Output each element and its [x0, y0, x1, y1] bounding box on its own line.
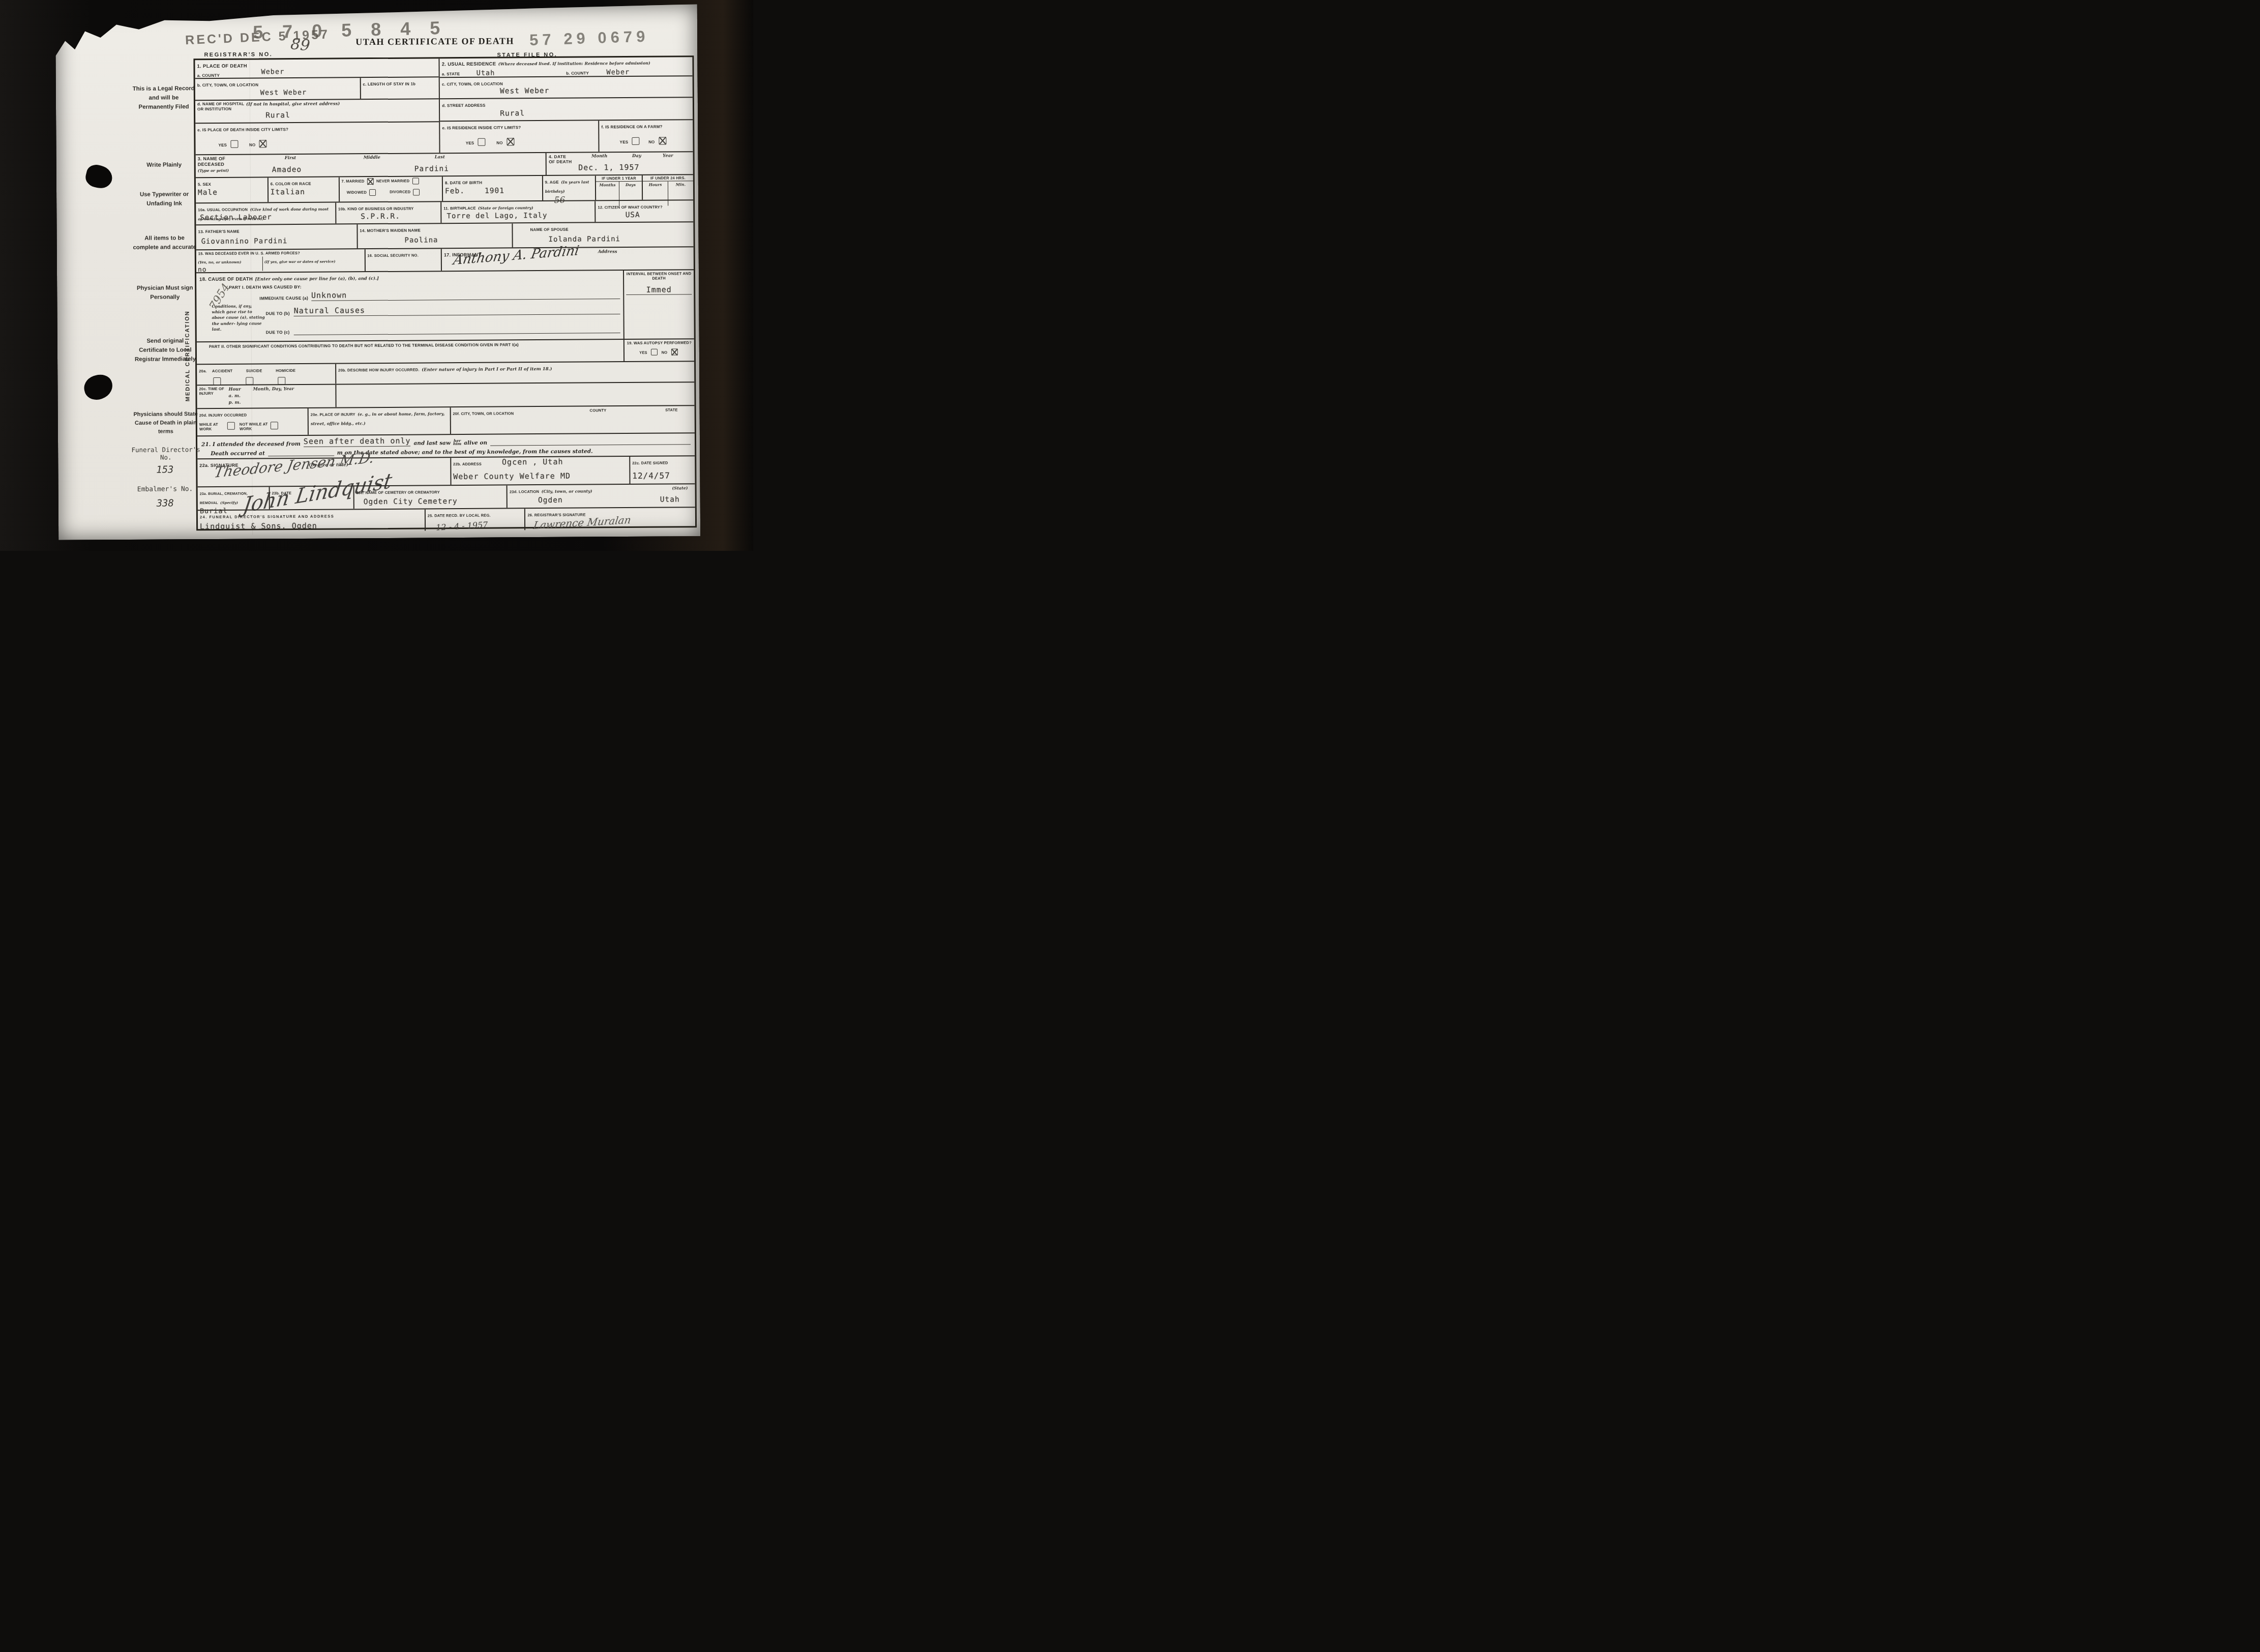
box2e-label: e. IS RESIDENCE INSIDE CITY LIMITS? [442, 125, 521, 130]
registrars-no-value: 89 [290, 35, 311, 55]
box10b-value: S.P.R.R. [361, 213, 400, 221]
box21-line1-mid: and last saw [413, 440, 450, 446]
box18-due-b-value: Natural Causes [294, 306, 366, 315]
box20d-while-label: WHILE AT WORK [199, 422, 226, 432]
box-26-registrar-signature: 26. REGISTRAR'S SIGNATURE Lawrence Mural… [525, 508, 695, 530]
box18-interval-value: Immed [626, 285, 692, 295]
box-8-date-of-birth: 8. DATE OF BIRTH Feb. 1901 [443, 176, 543, 201]
box20c-date-label: Month, Day, Year [253, 387, 294, 392]
box3-last-label: Last [435, 155, 445, 160]
box16-label: 16. SOCIAL SECURITY NO. [367, 253, 419, 258]
ink-blob-top [83, 163, 114, 191]
box20a-suicide-label: SUICIDE [246, 368, 262, 373]
box-spouse-name: NAME OF SPOUSE Iolanda Pardini [513, 222, 693, 247]
box24-label: 24. FUNERAL DIRECTOR'S SIGNATURE AND ADD… [200, 514, 334, 520]
box1a-value: Weber [261, 68, 285, 76]
box21-line2-pre: Death occurred at [211, 450, 265, 457]
box7-widowed-checkbox [369, 189, 376, 196]
row-name-date: 3. NAME OF DECEASED (Type or print) Firs… [196, 152, 693, 178]
row-parents-spouse: 13. FATHER'S NAME Giovannino Pardini 14.… [196, 222, 693, 250]
box20a-homicide-checkbox [278, 377, 285, 385]
box22b-value2: Weber County Welfare MD [453, 471, 627, 481]
spouse-label: NAME OF SPOUSE [530, 227, 568, 232]
box1-title: 1. PLACE OF DEATH [197, 64, 247, 70]
box20f-state-label: STATE [665, 407, 678, 412]
row-20c: 20c. TIME OF INJURY Hour a. m. p. m. Mon… [197, 382, 694, 409]
box23c-value: Ogden City Cemetery [364, 497, 504, 506]
box23d-city-value: Ogden [538, 496, 563, 505]
box22c-label: 22c. DATE SIGNED [632, 461, 668, 465]
box7-never-married-label: NEVER MARRIED [376, 179, 410, 183]
spouse-value: Iolanda Pardini [549, 235, 621, 244]
box25-label: 25. DATE RECD. BY LOCAL REG. [428, 513, 491, 518]
box20d-while-checkbox [227, 422, 235, 430]
box19-no-checkbox [671, 348, 678, 355]
box21-him: him [453, 442, 461, 446]
box20c-hour-label: Hour [228, 387, 241, 392]
box8-value: Feb. 1901 [445, 187, 504, 195]
box3-first-value: Amadeo [272, 166, 302, 174]
box7-never-married-checkbox [412, 178, 419, 185]
box18-main: 18. CAUSE OF DEATH [Enter only one cause… [196, 271, 625, 341]
box-1-place-of-death: 1. PLACE OF DEATH a. COUNTY Weber b. CIT… [195, 58, 440, 154]
box18-due-b-label: DUE TO (b) [265, 311, 289, 316]
box22b-value1: Ogcen , Utah [502, 457, 563, 467]
box18-interval-column: INTERVAL BETWEEN ONSET AND DEATH Immed [624, 270, 694, 339]
box20b-note: (Enter nature of injury in Part I or Par… [422, 367, 552, 373]
box13-value: Giovannino Pardini [201, 237, 288, 246]
row-occupation-birthplace: 10a. USUAL OCCUPATION (Give kind of work… [196, 200, 693, 225]
box4-year-label: Year [663, 153, 673, 158]
box11-value: Torre del Lago, Italy [447, 212, 547, 220]
box-9-under-24-hrs: IF UNDER 24 HRS. Hours Min. [643, 175, 693, 200]
box-14-mothers-maiden-name: 14. MOTHER'S MAIDEN NAME Paolina [358, 223, 513, 248]
box7-widowed-label: WIDOWED [347, 190, 367, 195]
box11-label: 11. BIRTHPLACE [443, 206, 475, 211]
box23d-state-note: (State) [672, 485, 688, 490]
box18-part2-label: PART II. OTHER SIGNIFICANT CONDITIONS CO… [209, 342, 621, 349]
box20a-accident-label: ACCIDENT [212, 369, 232, 373]
row-part2-autopsy: PART II. OTHER SIGNIFICANT CONDITIONS CO… [197, 339, 694, 365]
box-15-armed-forces: 15. WAS DECEASED EVER IN U. S. ARMED FOR… [196, 249, 366, 272]
box-24-funeral-director: 24. FUNERAL DIRECTOR'S SIGNATURE AND ADD… [198, 509, 426, 532]
box6-value: Italian [271, 188, 305, 196]
box20f-county-label: COUNTY [590, 408, 607, 413]
box1e-no-label: NO [249, 142, 255, 147]
box20a-homicide-label: HOMICIDE [276, 368, 295, 373]
box18-conditions-note: Conditions, if any, which gave rise to a… [199, 303, 265, 336]
box3-note: (Type or print) [198, 168, 229, 173]
box-20a-manner: 20a. ACCIDENT SUICIDE HOMICIDE [197, 364, 336, 385]
box3-first-label: First [285, 156, 296, 161]
box20b-label: 20b. DESCRIBE HOW INJURY OCCURRED. [338, 368, 420, 373]
box17-address-label: Address [598, 249, 617, 254]
box9-label: 9. AGE [545, 180, 559, 185]
box18-title-note: [Enter only one cause per line for (a), … [255, 276, 379, 282]
box19-no-label: NO [662, 350, 668, 355]
box-2-usual-residence: 2. USUAL RESIDENCE (Where deceased lived… [440, 57, 693, 153]
box1c-label: c. LENGTH OF STAY IN 1b [363, 82, 416, 87]
box2e-yes-label: YES [466, 141, 474, 145]
box5-label: 5. SEX [198, 182, 211, 187]
box-19-autopsy: 19. WAS AUTOPSY PERFORMED? YES NO [625, 339, 694, 361]
row-sex-race-marital: 5. SEX Male 6. COLOR OR RACE Italian 7. … [196, 175, 693, 203]
box-11-birthplace: 11. BIRTHPLACE (State or foreign country… [441, 201, 596, 223]
box13-label: 13. FATHER'S NAME [198, 229, 239, 234]
box-25-date-received: 25. DATE RECD. BY LOCAL REG. 12 - 4 - 19… [426, 509, 526, 530]
box-5-sex: 5. SEX Male [196, 178, 269, 202]
box-4-date-of-death: 4. DATE OF DEATH Month Day Year Dec. 1, … [547, 152, 693, 175]
box5-value: Male [198, 189, 218, 197]
box23d-label: 23d. LOCATION [510, 489, 539, 494]
row-place-residence: 1. PLACE OF DEATH a. COUNTY Weber b. CIT… [195, 57, 693, 155]
box2d-value: Rural [500, 109, 525, 117]
box20d-not-while-checkbox [271, 422, 278, 429]
box10a-value: Section Laborer [200, 213, 272, 222]
box-20b-how-injury: 20b. DESCRIBE HOW INJURY OCCURRED. (Ente… [336, 362, 694, 383]
box19-yes-checkbox [651, 348, 658, 355]
under1-label: IF UNDER 1 YEAR [596, 175, 642, 182]
box12-label: 12. CITIZEN OF WHAT COUNTRY? [598, 205, 662, 210]
box7-married-label: MARRIED [346, 179, 364, 184]
box2-title-note: (Where deceased lived. If institution: R… [498, 61, 650, 67]
box1a-label: a. COUNTY [197, 73, 220, 78]
box4-value: Dec. 1, 1957 [578, 163, 639, 172]
box21-line1-post: alive on [464, 440, 487, 446]
certificate-title: UTAH CERTIFICATE OF DEATH [355, 36, 514, 47]
box20f-label: 20f. CITY, TOWN, OR LOCATION [453, 411, 514, 416]
box1e-label: e. IS PLACE OF DEATH INSIDE CITY LIMITS? [197, 127, 288, 132]
row-20d-20f: 20d. INJURY OCCURRED WHILE AT WORK NOT W… [197, 406, 695, 436]
box18-interval-label: INTERVAL BETWEEN ONSET AND DEATH [626, 271, 692, 281]
box21-line1-pre: 21. I attended the deceased from [201, 441, 301, 448]
box-13-fathers-name: 13. FATHER'S NAME Giovannino Pardini [196, 224, 358, 249]
box2a-label: a. STATE [442, 72, 460, 76]
box2f-no-label: NO [648, 140, 655, 144]
row-20a-20b: 20a. ACCIDENT SUICIDE HOMICIDE 20b. DESC… [197, 362, 694, 386]
box2a-value: Utah [477, 69, 495, 77]
box-18-cause-of-death: 18. CAUSE OF DEATH [Enter only one cause… [196, 270, 694, 342]
box-6-color-race: 6. COLOR OR RACE Italian [269, 177, 340, 202]
box11-note: (State or foreign country) [478, 205, 533, 211]
state-file-no-value: 57 29 0679 [529, 27, 649, 50]
box2c-label: c. CITY, TOWN, OR LOCATION [442, 81, 503, 86]
box7-label: 7. [342, 179, 345, 184]
margin-note-legal-record: This is a Legal Record and will be Perma… [131, 84, 196, 112]
box21-content: 21. I attended the deceased from Seen af… [197, 433, 695, 458]
box2e-yes-checkbox [478, 138, 486, 146]
box4-month-label: Month [591, 154, 607, 159]
box-3-name-of-deceased: 3. NAME OF DECEASED (Type or print) Firs… [196, 153, 547, 177]
box7-married-checkbox [367, 178, 374, 185]
box2e-no-label: NO [496, 140, 502, 145]
box-23d-location: 23d. LOCATION (City, town, or county) (S… [508, 484, 695, 508]
box4-day-label: Day [632, 154, 641, 159]
box20a-suicide-checkbox [246, 377, 254, 385]
box23d-note: (City, town, or county) [542, 488, 592, 494]
box-17-informant: 17. INFORMANT Address Anthony A. Pardini [442, 247, 694, 271]
box2e-no-checkbox [507, 138, 514, 146]
box-21-attended: 21. I attended the deceased from Seen af… [197, 433, 695, 459]
box4-label: 4. DATE OF DEATH [549, 154, 572, 165]
box18-immediate-value: Unknown [311, 290, 347, 300]
funeral-directors-no-label: Funeral Director's No. [129, 446, 202, 461]
box15-note2: (If yes, give war or dates of service) [264, 259, 336, 264]
medical-certification-label: MEDICAL CERTIFICATION [184, 272, 193, 439]
box23d-state-value: Utah [660, 495, 680, 504]
box2f-no-checkbox [659, 137, 666, 145]
box22c-value: 12/4/57 [632, 470, 693, 481]
box1d-value: Rural [265, 111, 290, 120]
box15-note1: (Yes, no, or unknown) [198, 260, 242, 265]
row-forces-ssn-informant: 15. WAS DECEASED EVER IN U. S. ARMED FOR… [196, 247, 694, 273]
box-10a-occupation: 10a. USUAL OCCUPATION (Give kind of work… [196, 202, 336, 224]
box3-label: 3. NAME OF DECEASED [198, 156, 244, 167]
box-12-citizen: 12. CITIZEN OF WHAT COUNTRY? USA [596, 200, 693, 222]
box-20c-time-of-injury: 20c. TIME OF INJURY Hour a. m. p. m. Mon… [197, 385, 336, 408]
box-20f-location: 20f. CITY, TOWN, OR LOCATION COUNTY STAT… [451, 406, 695, 434]
margin-note-all-items: All items to be complete and accurate [132, 234, 197, 252]
box24-value: Lindquist & Sons, Ogden [200, 520, 423, 531]
box1e-yes-label: YES [218, 143, 227, 147]
ink-blob-bottom [82, 373, 115, 402]
box1b-value: West Weber [260, 88, 307, 97]
box14-label: 14. MOTHER'S MAIDEN NAME [360, 228, 421, 233]
box2f-yes-checkbox [632, 137, 640, 145]
box1e-yes-checkbox [230, 140, 238, 148]
box20e-label: 20e. PLACE OF INJURY [311, 412, 355, 417]
scanned-death-certificate: REC'D DEC 5 1957 5 7 0 5 8 4 5 REGISTRAR… [0, 0, 753, 551]
box19-yes-label: YES [639, 350, 647, 355]
box2b-value: Weber [607, 68, 630, 76]
box-20c-spacer [336, 382, 694, 407]
box20c-pm-label: p. m. [229, 400, 241, 405]
box2f-label: f. IS RESIDENCE ON A FARM? [601, 125, 662, 130]
box1b-label: b. CITY, TOWN, OR LOCATION [197, 82, 259, 87]
box1d-note: (If not in hospital, give street address… [246, 101, 340, 107]
box3-middle-label: Middle [364, 155, 380, 160]
box19-label: 19. WAS AUTOPSY PERFORMED? [627, 340, 692, 345]
box2f-yes-label: YES [620, 140, 629, 144]
box-7-marital-status: 7. MARRIED NEVER MARRIED WIDOWED DIVORCE… [339, 176, 443, 201]
box-9-age: 9. AGE (In years last birthday) 56 [543, 175, 596, 200]
box25-value: 12 - 4 - 1957 [436, 518, 523, 533]
box18-title: 18. CAUSE OF DEATH [199, 277, 253, 283]
box-20e-place-of-injury: 20e. PLACE OF INJURY (e. g., in or about… [309, 407, 451, 435]
box2b-label: b. COUNTY [566, 71, 589, 75]
box2c-value: West Weber [500, 87, 549, 96]
box8-label: 8. DATE OF BIRTH [445, 181, 482, 185]
box2-title: 2. USUAL RESIDENCE [442, 62, 496, 68]
box10b-label: 10b. KIND OF BUSINESS OR INDUSTRY [338, 206, 413, 212]
box-10b-industry: 10b. KIND OF BUSINESS OR INDUSTRY S.P.R.… [336, 202, 442, 223]
box20d-not-while-label: NOT WHILE AT WORK [240, 422, 269, 431]
certificate-paper: REC'D DEC 5 1957 5 7 0 5 8 4 5 REGISTRAR… [55, 4, 700, 540]
box7-divorced-checkbox [413, 189, 420, 195]
box20a-accident-checkbox [213, 377, 221, 385]
box-22c-date-signed: 22c. DATE SIGNED 12/4/57 [630, 456, 695, 484]
box1e-no-checkbox [259, 140, 267, 148]
box18-part2: PART II. OTHER SIGNIFICANT CONDITIONS CO… [197, 340, 625, 364]
box1d-label: d. NAME OF HOSPITAL OR INSTITUTION [197, 102, 244, 112]
box12-value: USA [626, 211, 640, 219]
box14-value: Paolina [404, 236, 438, 244]
box21-line1-value: Seen after death only [304, 436, 411, 446]
funeral-directors-no-value: 153 [144, 464, 185, 475]
embalmers-no-value: 338 [145, 497, 186, 509]
box18-immediate-label: IMMEDIATE CAUSE (a) [259, 296, 308, 301]
box2d-label: d. STREET ADDRESS [442, 103, 485, 108]
certificate-form: 1. PLACE OF DEATH a. COUNTY Weber b. CIT… [193, 55, 697, 530]
box-22b-address: 22b. ADDRESS Ogcen , Utah Weber County W… [451, 457, 630, 485]
box-16-ssn: 16. SOCIAL SECURITY NO. [365, 249, 442, 271]
box23a-note: (Specify) [220, 500, 238, 505]
box3-last-value: Pardini [414, 165, 449, 173]
under24-label: IF UNDER 24 HRS. [643, 175, 693, 182]
row-22-signature: 22a. SIGNATURE (Degree or title) Theodor… [197, 456, 695, 487]
box-20d-injury-occurred: 20d. INJURY OCCURRED WHILE AT WORK NOT W… [197, 408, 309, 435]
margin-note-write-plainly: Write Plainly [132, 161, 197, 170]
box6-label: 6. COLOR OR RACE [271, 182, 311, 186]
box20a-label: 20a. [199, 369, 206, 373]
box20c-label: 20c. TIME OF INJURY [199, 387, 225, 396]
box-9-under-1-year: IF UNDER 1 YEAR Months Days [596, 175, 643, 200]
box10a-label: 10a. USUAL OCCUPATION [198, 208, 248, 213]
box20c-am-label: a. m. [228, 394, 240, 399]
box7-divorced-label: DIVORCED [390, 190, 410, 194]
box22b-label: 22b. ADDRESS [453, 462, 482, 466]
box18-due-c-label: DUE TO (c) [266, 330, 290, 335]
box20d-label: 20d. INJURY OCCURRED [199, 413, 247, 418]
embalmers-no-label: Embalmer's No. [125, 485, 206, 493]
margin-note-use-typewriter: Use Typewriter or Unfading Ink [130, 190, 199, 209]
